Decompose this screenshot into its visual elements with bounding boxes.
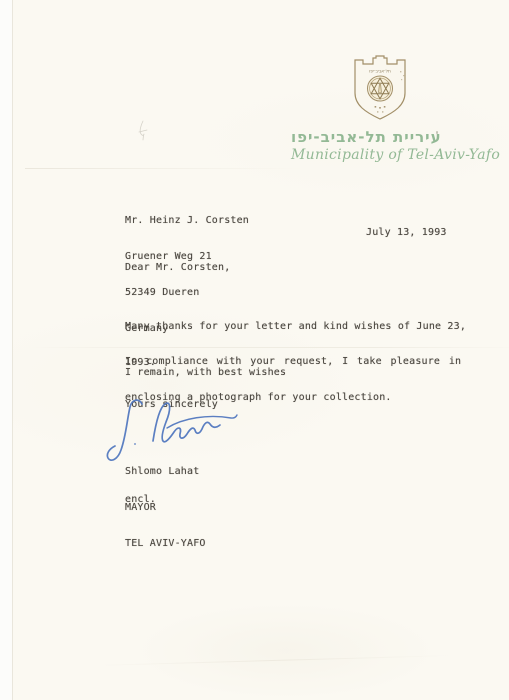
pencil-mark bbox=[133, 118, 155, 148]
crest-inner-text: תל־אביב־יפו bbox=[369, 69, 391, 74]
signer-city: TEL AVIV-YAFO bbox=[125, 538, 206, 550]
municipality-crest-icon: תל־אביב־יפו bbox=[348, 55, 412, 123]
recipient-line: Mr. Heinz J. Corsten bbox=[125, 215, 249, 227]
letter-page: תל־אביב־יפו עיריית תל-אביב-יפו Municipal… bbox=[12, 0, 509, 700]
letterhead-hebrew-name: עיריית תל-אביב-יפו bbox=[291, 129, 442, 146]
signer-block: Shlomo Lahat MAYOR TEL AVIV-YAFO bbox=[125, 442, 206, 574]
ink-speck bbox=[436, 131, 438, 134]
salutation: Dear Mr. Corsten, bbox=[125, 262, 230, 274]
paper-crease bbox=[25, 168, 305, 169]
lighthouse-icon bbox=[379, 85, 382, 93]
letter-date: July 13, 1993 bbox=[366, 227, 447, 239]
enclosure-note: encl. bbox=[125, 494, 156, 506]
letterhead-english-name: Municipality of Tel-Aviv-Yafo bbox=[291, 147, 500, 164]
paper-crease bbox=[93, 655, 453, 666]
body-paragraph-3: I remain, with best wishes bbox=[125, 367, 286, 379]
signer-name: Shlomo Lahat bbox=[125, 466, 206, 478]
